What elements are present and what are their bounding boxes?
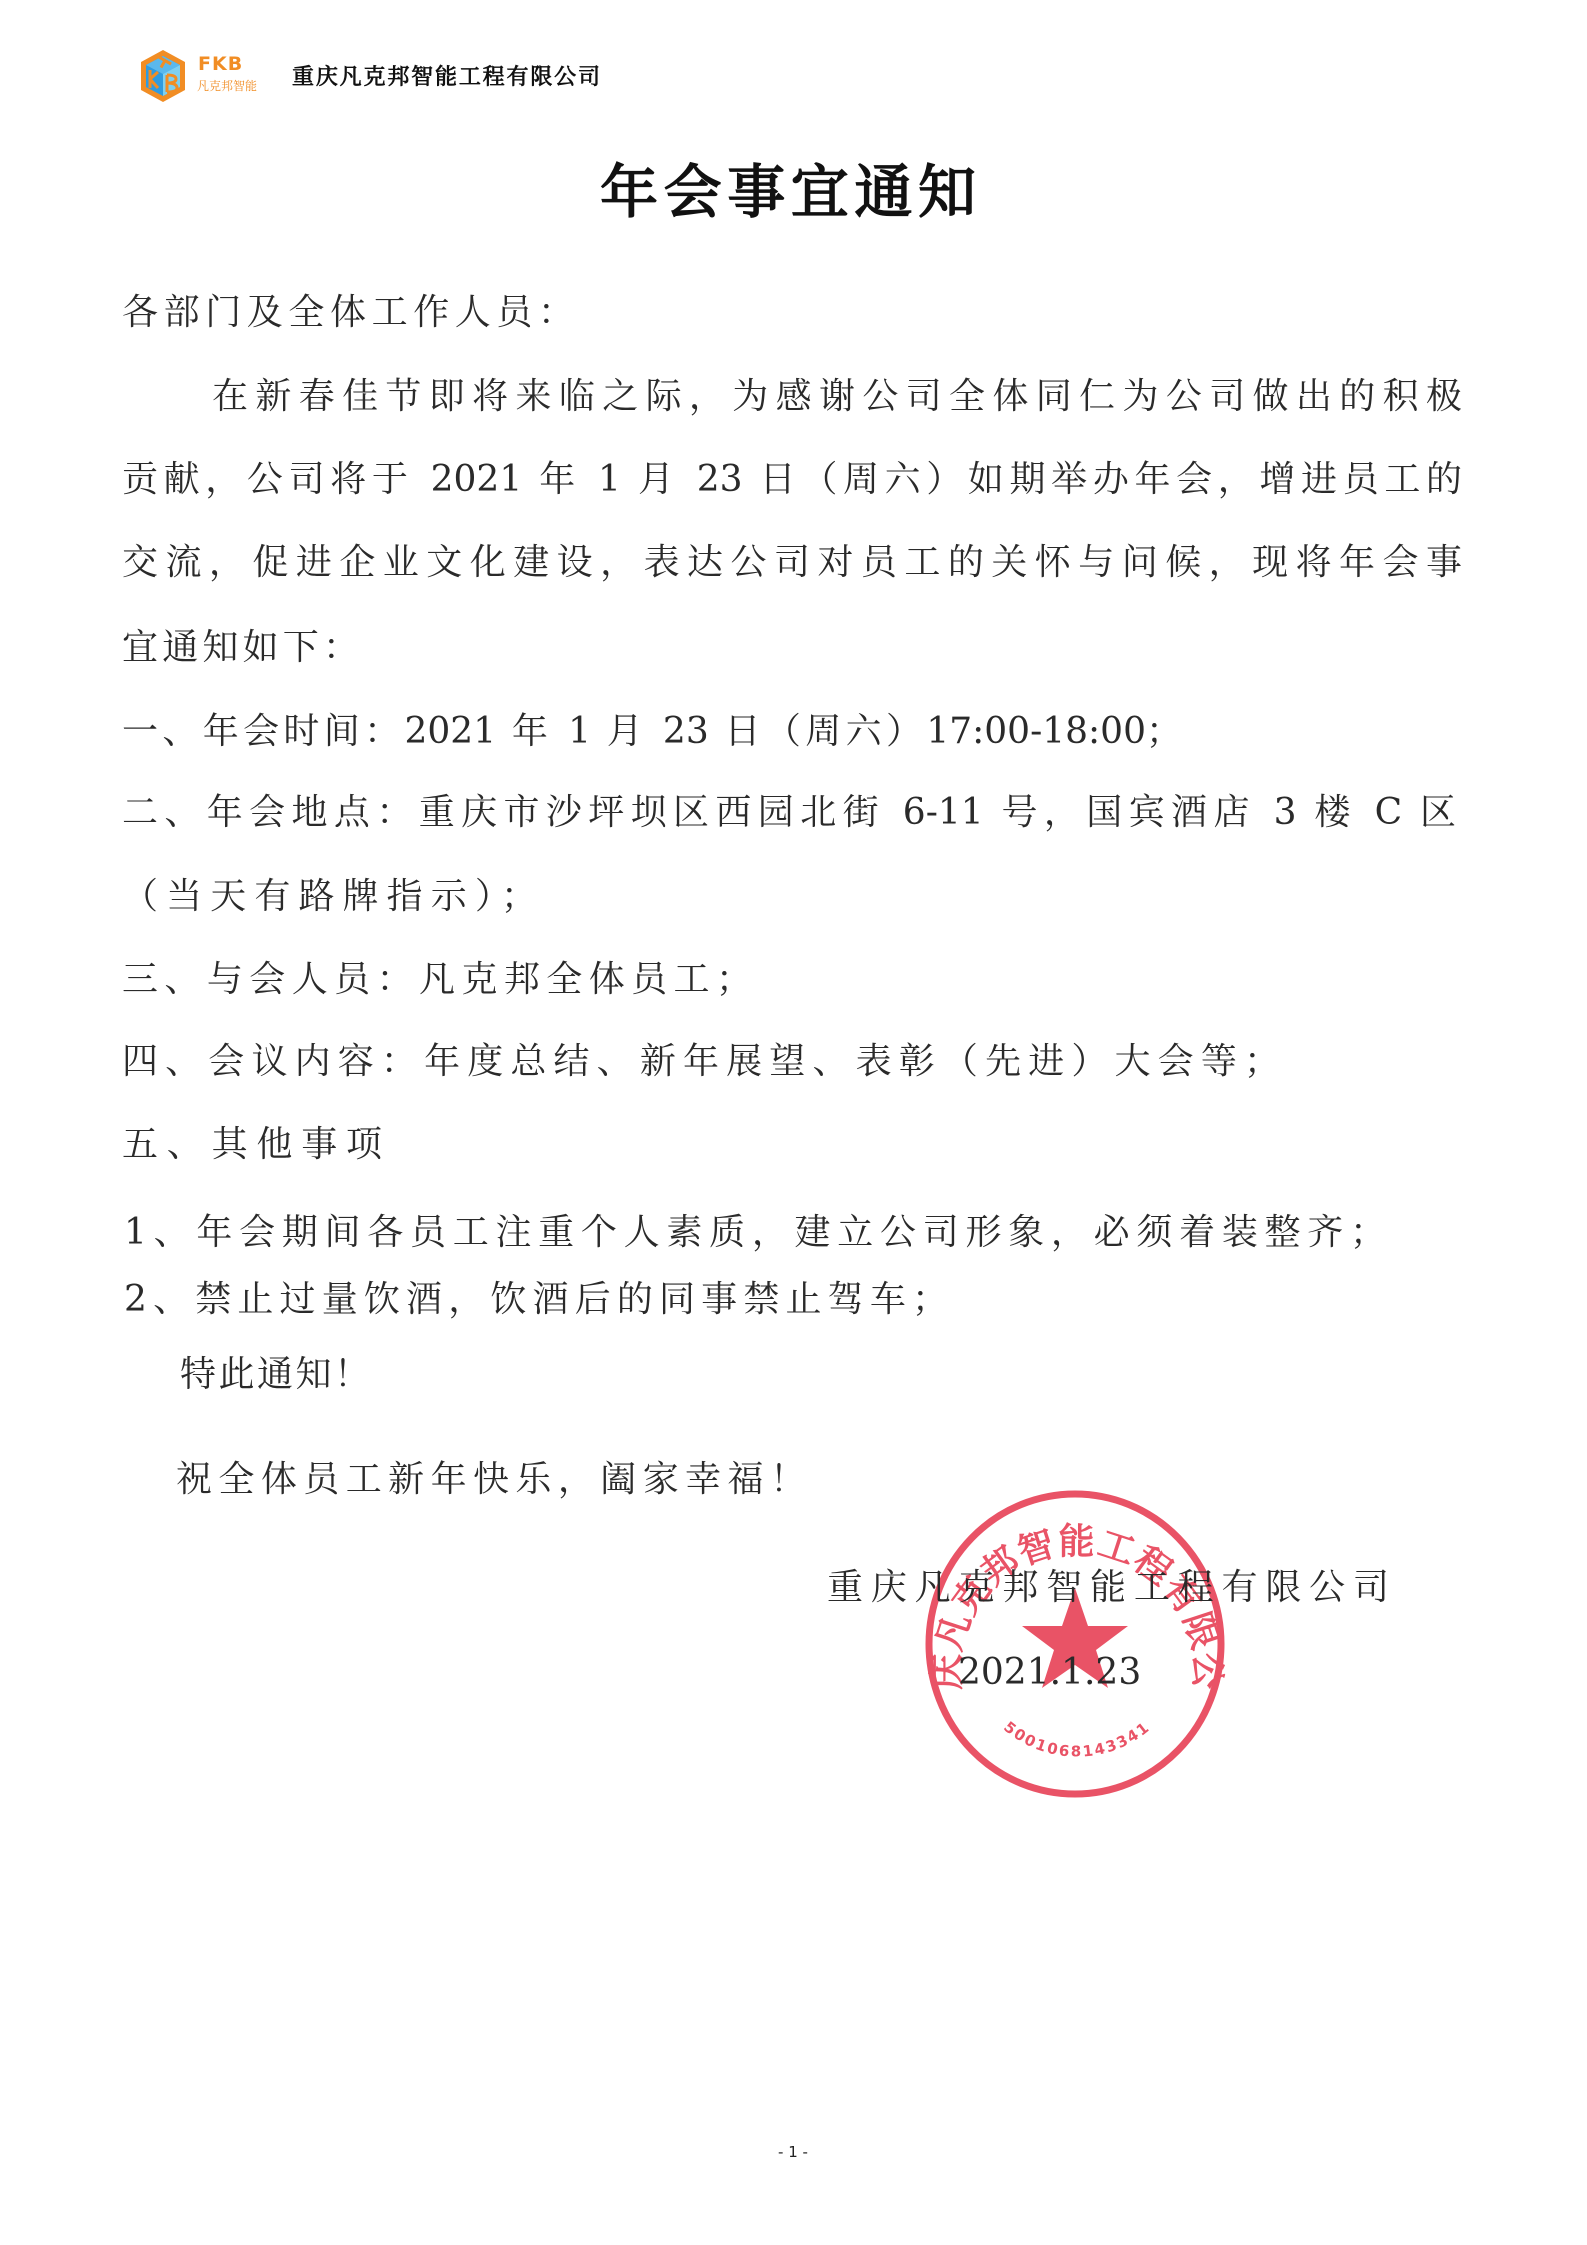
logo-wordmark: FKB xyxy=(198,53,243,75)
item-location: 二、年会地点：重庆市沙坪坝区西园北街 6-11 号，国宾酒店 3 楼 C 区 xyxy=(122,791,1456,835)
official-seal-stamp: 重庆凡克邦智能工程有限公司 5001068143341 xyxy=(922,1488,1232,1800)
page-number: - 1 - xyxy=(770,2143,816,2161)
item-location-note: （当天有路牌指示）； xyxy=(122,875,537,919)
other-matter-2: 2、禁止过量饮酒，饮酒后的同事禁止驾车； xyxy=(124,1278,948,1322)
fkb-cube-logo-icon xyxy=(138,48,188,104)
salutation: 各部门及全体工作人员： xyxy=(122,291,574,335)
intro-line-3: 交流，促进企业文化建设，表达公司对员工的关怀与问候，现将年会事 xyxy=(122,541,1462,585)
intro-line-2: 贡献，公司将于 2021 年 1 月 23 日（周六）如期举办年会，增进员工的 xyxy=(122,458,1462,502)
item-attendees: 三、与会人员：凡克邦全体员工； xyxy=(122,958,752,1002)
intro-line-4: 宜通知如下： xyxy=(122,626,359,670)
closing-text: 特此通知！ xyxy=(180,1353,370,1397)
stamp-number: 5001068143341 xyxy=(1000,1718,1154,1761)
other-matter-1: 1、年会期间各员工注重个人素质，建立公司形象，必须着装整齐； xyxy=(124,1211,1386,1255)
intro-line-1: 在新春佳节即将来临之际，为感谢公司全体同仁为公司做出的积极 xyxy=(212,375,1462,419)
greeting-text: 祝全体员工新年快乐，阖家幸福！ xyxy=(176,1458,806,1502)
item-time: 一、年会时间：2021 年 1 月 23 日（周六）17:00-18:00； xyxy=(122,710,1182,754)
document-title: 年会事宜通知 xyxy=(600,156,976,228)
logo-subtitle: 凡克邦智能 xyxy=(197,78,257,94)
header-company-name: 重庆凡克邦智能工程有限公司 xyxy=(292,64,600,90)
svg-text:5001068143341: 5001068143341 xyxy=(1000,1718,1154,1761)
signature-company: 重庆凡克邦智能工程有限公司 xyxy=(827,1566,1389,1610)
item-other: 五、其他事项 xyxy=(122,1123,382,1167)
signature-date: 2021.1.23 xyxy=(958,1651,1150,1695)
item-agenda: 四、会议内容：年度总结、新年展望、表彰（先进）大会等； xyxy=(122,1040,1280,1084)
